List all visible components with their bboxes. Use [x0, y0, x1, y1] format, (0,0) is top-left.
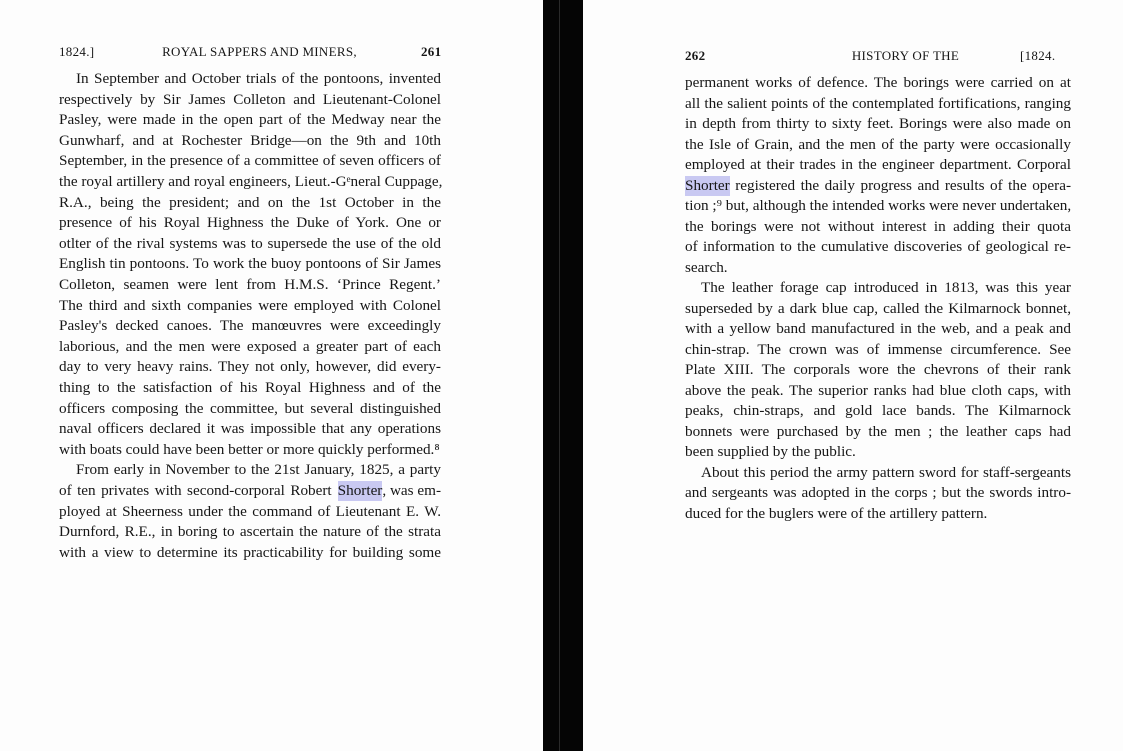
text-line: From early in November to the 21st Janua… [76, 460, 441, 480]
search-highlight[interactable]: Shorter [338, 481, 383, 501]
text-line: bonnets were purchased by the men ; the … [685, 422, 1071, 442]
text-line: respectively by Sir James Colleton and L… [59, 90, 441, 110]
text-line: day to very heavy rains. They not only, … [59, 357, 441, 377]
text-line: Shorter registered the daily progress an… [685, 176, 1071, 196]
gutter-fold [559, 0, 560, 751]
running-head-title: HISTORY OF THE [813, 48, 998, 64]
text-line: September, in the presence of a committe… [59, 151, 441, 171]
text-line: Durnford, R.E., in boring to ascertain t… [59, 522, 441, 542]
text-line: of information to the cumulative discove… [685, 237, 1071, 257]
text-fragment: of ten privates with second-corporal Rob… [59, 481, 332, 501]
text-line: peaks, chin-straps, and gold lace bands.… [685, 401, 1071, 421]
search-highlight[interactable]: Shorter [685, 176, 730, 196]
text-line: tion ;⁹ but, although the intended works… [685, 196, 1071, 216]
text-line: officers composing the committee, but se… [59, 399, 441, 419]
right-page: 262 HISTORY OF THE [1824. permanent work… [583, 0, 1123, 751]
text-line: been supplied by the public. [685, 442, 1071, 462]
text-line: duced for the buglers were of the artill… [685, 504, 1071, 524]
text-line: In September and October trials of the p… [76, 69, 441, 89]
text-line: the borings were not without interest in… [685, 217, 1071, 237]
text-line: with a yellow band manufactured in the w… [685, 319, 1071, 339]
text-line: English tin pontoons. To work the buoy p… [59, 254, 441, 274]
text-line: the Isle of Grain, and the men of the pa… [685, 135, 1071, 155]
running-head-year: [1824. [1020, 48, 1055, 64]
text-line: R.A., being the president; and on the 1s… [59, 193, 441, 213]
page-number: 261 [421, 44, 441, 60]
text-line: search. [685, 258, 1071, 278]
page-number: 262 [685, 48, 705, 64]
running-head-year: 1824.] [59, 44, 94, 60]
text-line: laborious, and the men were exposed a gr… [59, 337, 441, 357]
text-line: The leather forage cap introduced in 181… [701, 278, 1071, 298]
book-gutter [543, 0, 583, 751]
running-head-title: ROYAL SAPPERS AND MINERS, [152, 44, 367, 60]
left-page: 1824.] ROYAL SAPPERS AND MINERS, 261 In … [0, 0, 543, 751]
text-line: otlter of the rival systems was to super… [59, 234, 441, 254]
text-line: with boats could have been better or mor… [59, 440, 441, 460]
text-line: Gunwharf, and at Rochester Bridge—on the… [59, 131, 441, 151]
text-line: with a view to determine its practicabil… [59, 543, 441, 563]
text-line: the royal artillery and royal engineers,… [59, 172, 441, 192]
text-line: presence of his Royal Highness the Duke … [59, 213, 441, 233]
text-line: thing to the satisfaction of his Royal H… [59, 378, 441, 398]
text-line: Pasley, were made in the open part of th… [59, 110, 441, 130]
text-line: Colleton, seamen were lent from H.M.S. ‘… [59, 275, 441, 295]
text-line: all the salient points of the contemplat… [685, 94, 1071, 114]
text-fragment: , was em- [382, 481, 441, 501]
text-line: Pasley's decked canoes. The manœuvres we… [59, 316, 441, 336]
text-line: chin-strap. The crown was of immense cir… [685, 340, 1071, 360]
text-line: naval officers declared it was impossibl… [59, 419, 441, 439]
text-line: Plate XIII. The corporals wore the chevr… [685, 360, 1071, 380]
text-line: The third and sixth companies were emplo… [59, 296, 441, 316]
text-fragment: registered the daily progress and result… [730, 176, 1071, 196]
text-line: above the peak. The superior ranks had b… [685, 381, 1071, 401]
text-line: permanent works of defence. The borings … [685, 73, 1071, 93]
text-line: and sergeants was adopted in the corps ;… [685, 483, 1071, 503]
text-line: About this period the army pattern sword… [701, 463, 1071, 483]
text-line: ployed at Sheerness under the command of… [59, 502, 441, 522]
text-line: superseded by a dark blue cap, called th… [685, 299, 1071, 319]
text-line: employed at their trades in the engineer… [685, 155, 1071, 175]
text-line: in depth from thirty to sixty feet. Bori… [685, 114, 1071, 134]
text-line: of ten privates with second-corporal Rob… [59, 481, 441, 501]
